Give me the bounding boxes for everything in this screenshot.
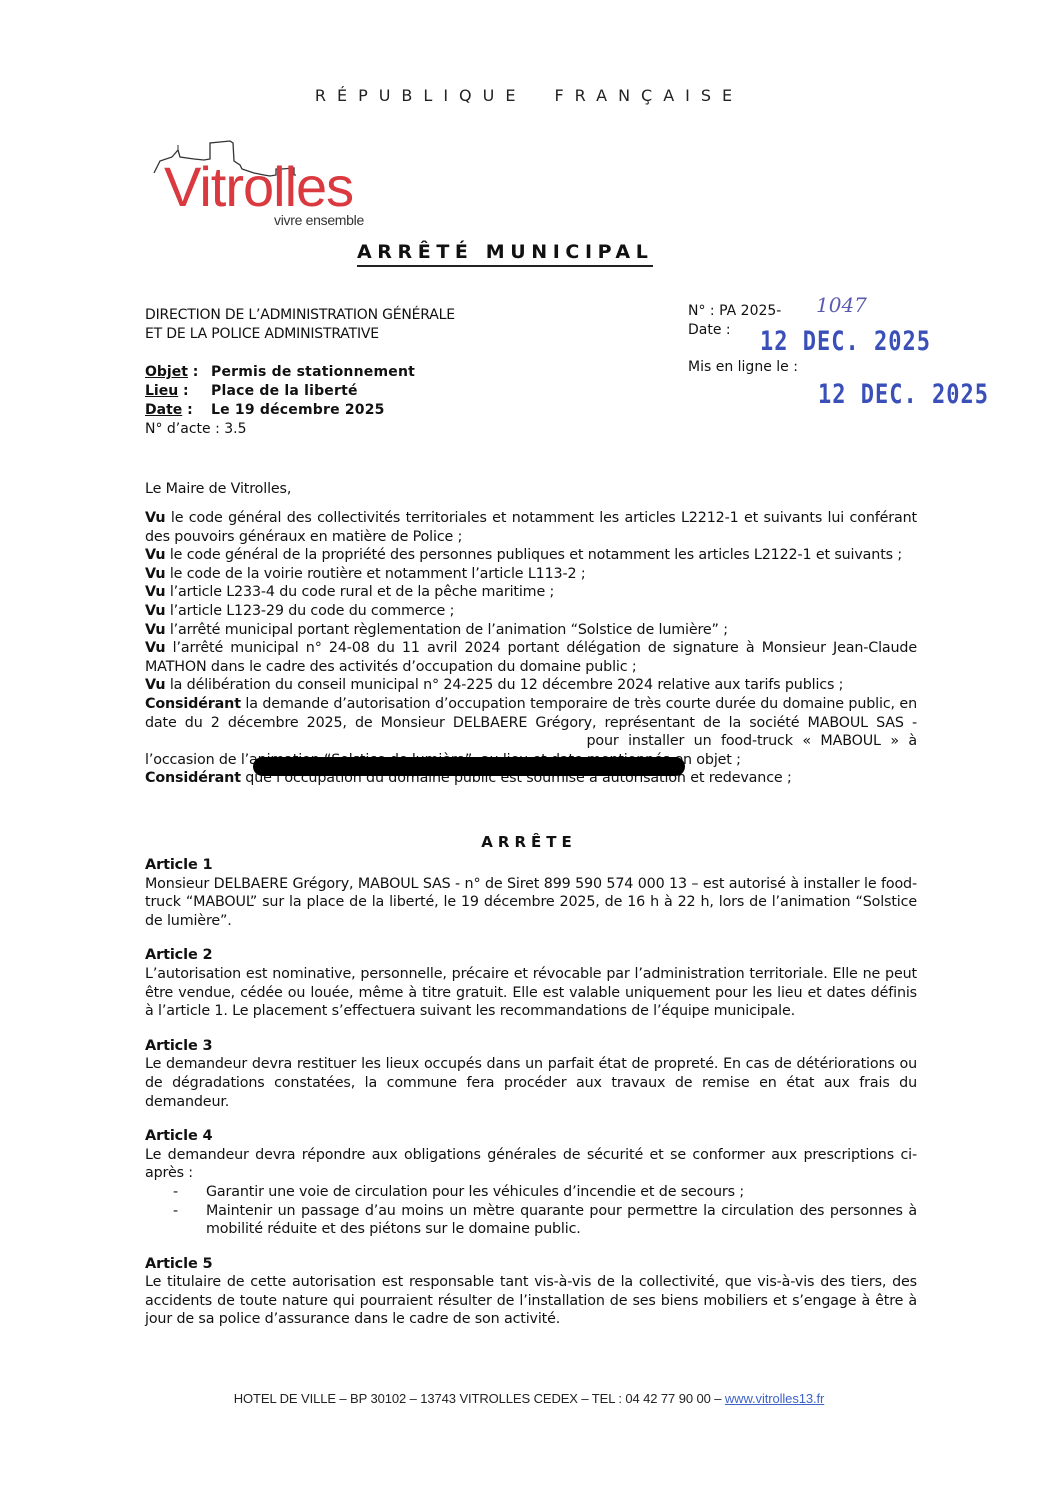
salutation: Le Maire de Vitrolles, bbox=[145, 480, 917, 499]
article-paragraph: Le demandeur devra répondre aux obligati… bbox=[145, 1146, 917, 1183]
footer: HOTEL DE VILLE – BP 30102 – 13743 VITROL… bbox=[0, 1391, 1058, 1406]
republique-francaise-heading: RÉPUBLIQUEFRANÇAISE bbox=[0, 86, 1058, 105]
direction-line-1: DIRECTION DE L’ADMINISTRATION GÉNÉRALE bbox=[145, 306, 455, 325]
clause: Vu l’article L233-4 du code rural et de … bbox=[145, 583, 917, 602]
article-2: Article 2L’autorisation est nominative, … bbox=[145, 946, 917, 1020]
prescriptions-list: Garantir une voie de circulation pour le… bbox=[145, 1183, 917, 1239]
clause: Vu l’arrêté municipal portant règlementa… bbox=[145, 621, 917, 640]
clause: Vu la délibération du conseil municipal … bbox=[145, 676, 917, 695]
direction-line-2: ET DE LA POLICE ADMINISTRATIVE bbox=[145, 325, 455, 344]
redaction-bar bbox=[253, 757, 685, 776]
article-paragraph: Le demandeur devra restituer les lieux o… bbox=[145, 1055, 917, 1111]
clause: Vu le code général des collectivités ter… bbox=[145, 509, 917, 546]
lieu-row: Lieu :Place de la liberté bbox=[145, 382, 415, 401]
article-3: Article 3Le demandeur devra restituer le… bbox=[145, 1037, 917, 1111]
direction-block: DIRECTION DE L’ADMINISTRATION GÉNÉRALE E… bbox=[145, 306, 455, 344]
logo-tagline: vivre ensemble bbox=[274, 212, 364, 228]
objet-label: Objet bbox=[145, 364, 188, 380]
objet-row: Objet :Permis de stationnement bbox=[145, 363, 415, 382]
francaise-word: FRANÇAISE bbox=[554, 86, 743, 105]
reference-number-row: N° : PA 2025- 1047 bbox=[688, 302, 781, 321]
reference-number-label: N° : PA 2025- bbox=[688, 303, 781, 319]
article-5: Article 5Le titulaire de cette autorisat… bbox=[145, 1255, 917, 1329]
article-paragraph: Monsieur DELBAERE Grégory, MABOUL SAS - … bbox=[145, 875, 917, 931]
prescription-item: Garantir une voie de circulation pour le… bbox=[145, 1183, 917, 1202]
date-value: Le 19 décembre 2025 bbox=[211, 402, 385, 418]
vitrolles-logo: Vitrolles vivre ensemble bbox=[150, 135, 410, 235]
article-paragraph: Le titulaire de cette autorisation est r… bbox=[145, 1273, 917, 1329]
article-4: Article 4Le demandeur devra répondre aux… bbox=[145, 1127, 917, 1239]
articles-section: Article 1Monsieur DELBAERE Grégory, MABO… bbox=[145, 856, 917, 1345]
prescription-item: Maintenir un passage d’au moins un mètre… bbox=[145, 1202, 917, 1239]
clause: Vu l’article L123-29 du code du commerce… bbox=[145, 602, 917, 621]
online-label: Mis en ligne le : bbox=[688, 359, 798, 375]
website-link[interactable]: www.vitrolles13.fr bbox=[725, 1391, 824, 1406]
clause: Vu l’arrêté municipal n° 24-08 du 11 avr… bbox=[145, 639, 917, 676]
acte-number: N° d’acte : 3.5 bbox=[145, 420, 415, 439]
date-stamp: 12 DEC. 2025 bbox=[760, 327, 931, 357]
republique-word: RÉPUBLIQUE bbox=[315, 86, 527, 105]
article-title: Article 4 bbox=[145, 1127, 917, 1146]
subject-block: Objet :Permis de stationnement Lieu :Pla… bbox=[145, 363, 415, 439]
article-paragraph: L’autorisation est nominative, personnel… bbox=[145, 965, 917, 1021]
document-title: ARRÊTÉ MUNICIPAL bbox=[357, 240, 653, 267]
objet-value: Permis de stationnement bbox=[211, 364, 415, 380]
lieu-label: Lieu bbox=[145, 383, 178, 399]
clause: Vu le code général de la propriété des p… bbox=[145, 546, 917, 565]
article-title: Article 1 bbox=[145, 856, 917, 875]
decision-heading: ARRÊTE bbox=[0, 833, 1058, 851]
article-1: Article 1Monsieur DELBAERE Grégory, MABO… bbox=[145, 856, 917, 930]
footer-address: HOTEL DE VILLE – BP 30102 – 13743 VITROL… bbox=[234, 1391, 725, 1406]
article-title: Article 3 bbox=[145, 1037, 917, 1056]
lieu-value: Place de la liberté bbox=[211, 383, 358, 399]
article-title: Article 5 bbox=[145, 1255, 917, 1274]
date-label: Date bbox=[145, 402, 182, 418]
preamble-clauses: Vu le code général des collectivités ter… bbox=[145, 509, 917, 788]
clause: Vu le code de la voirie routière et nota… bbox=[145, 565, 917, 584]
online-date-stamp: 12 DEC. 2025 bbox=[818, 380, 989, 410]
handwritten-number: 1047 bbox=[816, 296, 867, 315]
logo-wordmark: Vitrolles bbox=[164, 159, 353, 215]
article-title: Article 2 bbox=[145, 946, 917, 965]
date-row: Date :Le 19 décembre 2025 bbox=[145, 401, 415, 420]
